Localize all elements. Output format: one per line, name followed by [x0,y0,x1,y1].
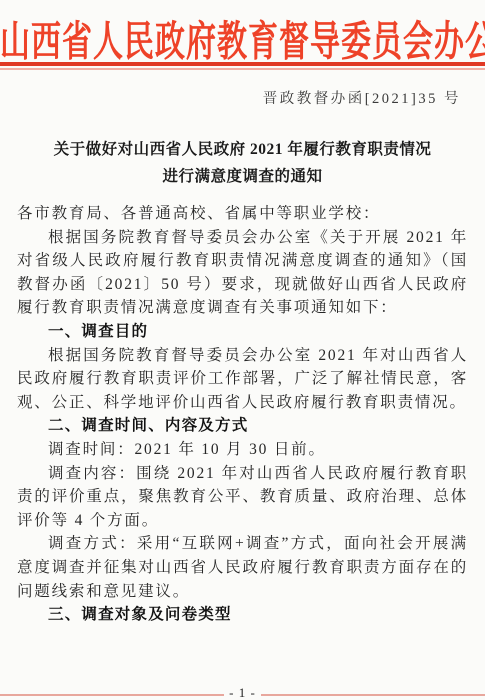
paragraph-survey-time: 调查时间：2021 年 10 月 30 日前。 [17,438,468,462]
document-reference-number: 晋政教督办函[2021]35 号 [263,87,461,108]
letterhead-rule [0,62,485,66]
issuing-office-letterhead: 山西省人民政府教育督导委员会办公室 [0,7,485,68]
salutation-line: 各市教育局、各普通高校、省属中等职业学校： [17,202,468,226]
section-heading-2-time-content-method: 二、调查时间、内容及方式 [17,414,468,438]
section-heading-3-targets-questionnaire-types: 三、调查对象及问卷类型 [17,603,468,627]
document-page: 山西省人民政府教育督导委员会办公室 晋政教督办函[2021]35 号 关于做好对… [0,0,485,700]
document-body: 各市教育局、各普通高校、省属中等职业学校： 根据国务院教育督导委员会办公室《关于… [17,202,468,627]
letterhead-rule-shadow [0,68,485,70]
section-heading-1-purpose: 一、调查目的 [17,320,468,344]
paragraph-basis: 根据国务院教育督导委员会办公室《关于开展 2021 年对省级人民政府履行教育职责… [17,226,468,320]
paragraph-survey-method: 调查方式：采用“互联网+调查”方式，面向社会开展满意度调查并征集对山西省人民政府… [17,532,468,603]
page-number: - 1 - [0,685,485,700]
document-title-line-1: 关于做好对山西省人民政府 2021 年履行教育职责情况 [0,136,485,163]
document-title-line-2: 进行满意度调查的通知 [0,163,485,190]
paragraph-survey-content: 调查内容：围绕 2021 年对山西省人民政府履行教育职责的评价重点，聚焦教育公平… [17,462,468,533]
page-number-text: - 1 - [224,685,261,700]
document-title: 关于做好对山西省人民政府 2021 年履行教育职责情况 进行满意度调查的通知 [0,136,485,190]
paragraph-purpose: 根据国务院教育督导委员会办公室 2021 年对山西省人民政府履行教育职责评价工作… [17,344,468,415]
